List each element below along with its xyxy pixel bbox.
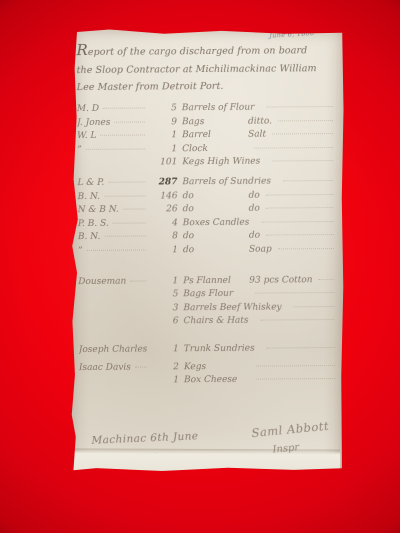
- item-description: Ps Flannel: [183, 275, 249, 286]
- dotted-leader: [272, 160, 333, 161]
- manifest-content: June 6, 1808 Report of the cargo dischar…: [68, 28, 345, 474]
- dotted-leader: [319, 279, 335, 280]
- consignee-name: ”: [77, 144, 149, 155]
- table-row: 1 Box Cheese: [79, 374, 335, 390]
- consignee-name: W. L: [77, 131, 149, 142]
- table-row: Joseph Charles 1 Trunk Sundries: [79, 343, 335, 359]
- paper-fold-crease: [72, 448, 341, 471]
- item-description-2: do: [249, 190, 260, 200]
- quantity: 4: [150, 218, 183, 228]
- consignee-name: N & B N.: [78, 205, 150, 216]
- item-description-2: ditto.: [248, 116, 272, 126]
- photo-background: June 6, 1808 Report of the cargo dischar…: [0, 0, 400, 533]
- item-description: Chairs & Hats: [184, 316, 255, 327]
- item-description: Barrels Beef Whiskey: [183, 302, 287, 313]
- consignee-name: P. B. S.: [78, 218, 150, 229]
- item-description-2: do: [249, 204, 260, 214]
- dotted-leader: [278, 248, 334, 249]
- dotted-leader: [256, 364, 335, 366]
- quantity: 5: [149, 103, 182, 113]
- quantity: 1: [149, 144, 182, 154]
- consignee-name: Douseman: [78, 276, 150, 287]
- item-description: do: [183, 190, 249, 201]
- consignee-name: L & P.: [77, 177, 149, 188]
- manifest-title: Report of the cargo discharged from on b…: [76, 40, 334, 97]
- dotted-leader: [266, 106, 332, 108]
- quantity: 2: [151, 362, 184, 372]
- item-description: Trunk Sundries: [184, 343, 261, 354]
- quantity: 8: [150, 232, 183, 242]
- dotted-leader: [261, 221, 333, 223]
- dotted-leader: [256, 378, 335, 380]
- item-description-2: do: [249, 231, 260, 241]
- item-description: Bags: [182, 116, 248, 127]
- cargo-list: M. D 5 Barrels of Flour J. Jones 9 Bags …: [77, 102, 335, 390]
- consignee-name: Isaac Davis: [79, 362, 151, 373]
- quantity: 3: [150, 303, 183, 313]
- item-description: Barrel: [182, 130, 248, 141]
- item-description-2: Soap: [249, 244, 272, 254]
- consignee-name: Joseph Charles: [79, 344, 151, 355]
- dotted-leader: [261, 319, 335, 321]
- item-description: do: [183, 245, 249, 256]
- quantity: 1: [149, 130, 182, 140]
- quantity: 1: [150, 276, 183, 286]
- item-description: Boxes Candles: [183, 217, 256, 228]
- consignee-name: B. N.: [78, 232, 150, 243]
- quantity: 1: [151, 375, 184, 385]
- item-description-2: 93 pcs Cotton: [249, 275, 312, 285]
- dotted-leader: [294, 306, 335, 307]
- title-line-2: the Sloop Contractor at Michilimackinac …: [77, 59, 335, 79]
- item-description: Kegs High Wines: [182, 157, 266, 168]
- quantity: 101: [149, 158, 182, 168]
- quantity: 5: [150, 289, 183, 299]
- title-line-1: Report of the cargo discharged from on b…: [76, 40, 334, 62]
- table-row: 6 Chairs & Hats: [79, 315, 335, 331]
- quantity: 287: [149, 177, 182, 187]
- quantity: 146: [150, 191, 183, 201]
- consignee-name: B. N.: [78, 191, 150, 202]
- consignee-name: [78, 309, 150, 311]
- dotted-leader: [283, 180, 333, 181]
- consignee-name: [79, 323, 151, 325]
- item-description: Box Cheese: [184, 375, 250, 386]
- item-description: Bags Flour: [183, 289, 249, 300]
- pencil-date-annotation: June 6, 1808: [269, 29, 315, 40]
- item-description: Clock: [182, 143, 248, 154]
- dotted-leader: [254, 147, 333, 149]
- consignee-name: [79, 382, 151, 384]
- title-line-3: Lee Master from Detroit Port.: [77, 77, 335, 97]
- item-description: Barrels of Sundries: [182, 176, 277, 187]
- quantity: 6: [151, 316, 184, 326]
- item-description: do: [183, 231, 249, 242]
- quantity: 26: [150, 204, 183, 214]
- table-row: ” 1 do Soap: [78, 244, 334, 260]
- table-row: 101 Kegs High Wines: [77, 156, 333, 172]
- item-description: do: [183, 204, 249, 215]
- item-description: Barrels of Flour: [182, 103, 261, 114]
- dotted-leader: [272, 133, 333, 134]
- footer-place-date: Machinac 6th June: [91, 430, 198, 447]
- item-description: Kegs: [184, 361, 250, 372]
- quantity: 1: [150, 245, 183, 255]
- dotted-leader: [266, 207, 334, 209]
- quantity: 9: [149, 117, 182, 127]
- dotted-leader: [266, 194, 334, 196]
- consignee-name: M. D: [77, 103, 149, 114]
- dotted-leader: [266, 234, 334, 236]
- dotted-leader: [267, 347, 335, 349]
- consignee-name: ”: [78, 245, 150, 256]
- manifest-paper: June 6, 1808 Report of the cargo dischar…: [69, 28, 345, 473]
- dotted-leader: [255, 292, 334, 294]
- item-description-2: Salt: [248, 130, 266, 140]
- signature-name: Saml Abbott: [251, 419, 330, 440]
- quantity: 1: [151, 344, 184, 354]
- dotted-leader: [278, 120, 333, 121]
- consignee-name: [78, 296, 150, 298]
- consignee-name: J. Jones: [77, 117, 149, 128]
- consignee-name: [77, 164, 149, 166]
